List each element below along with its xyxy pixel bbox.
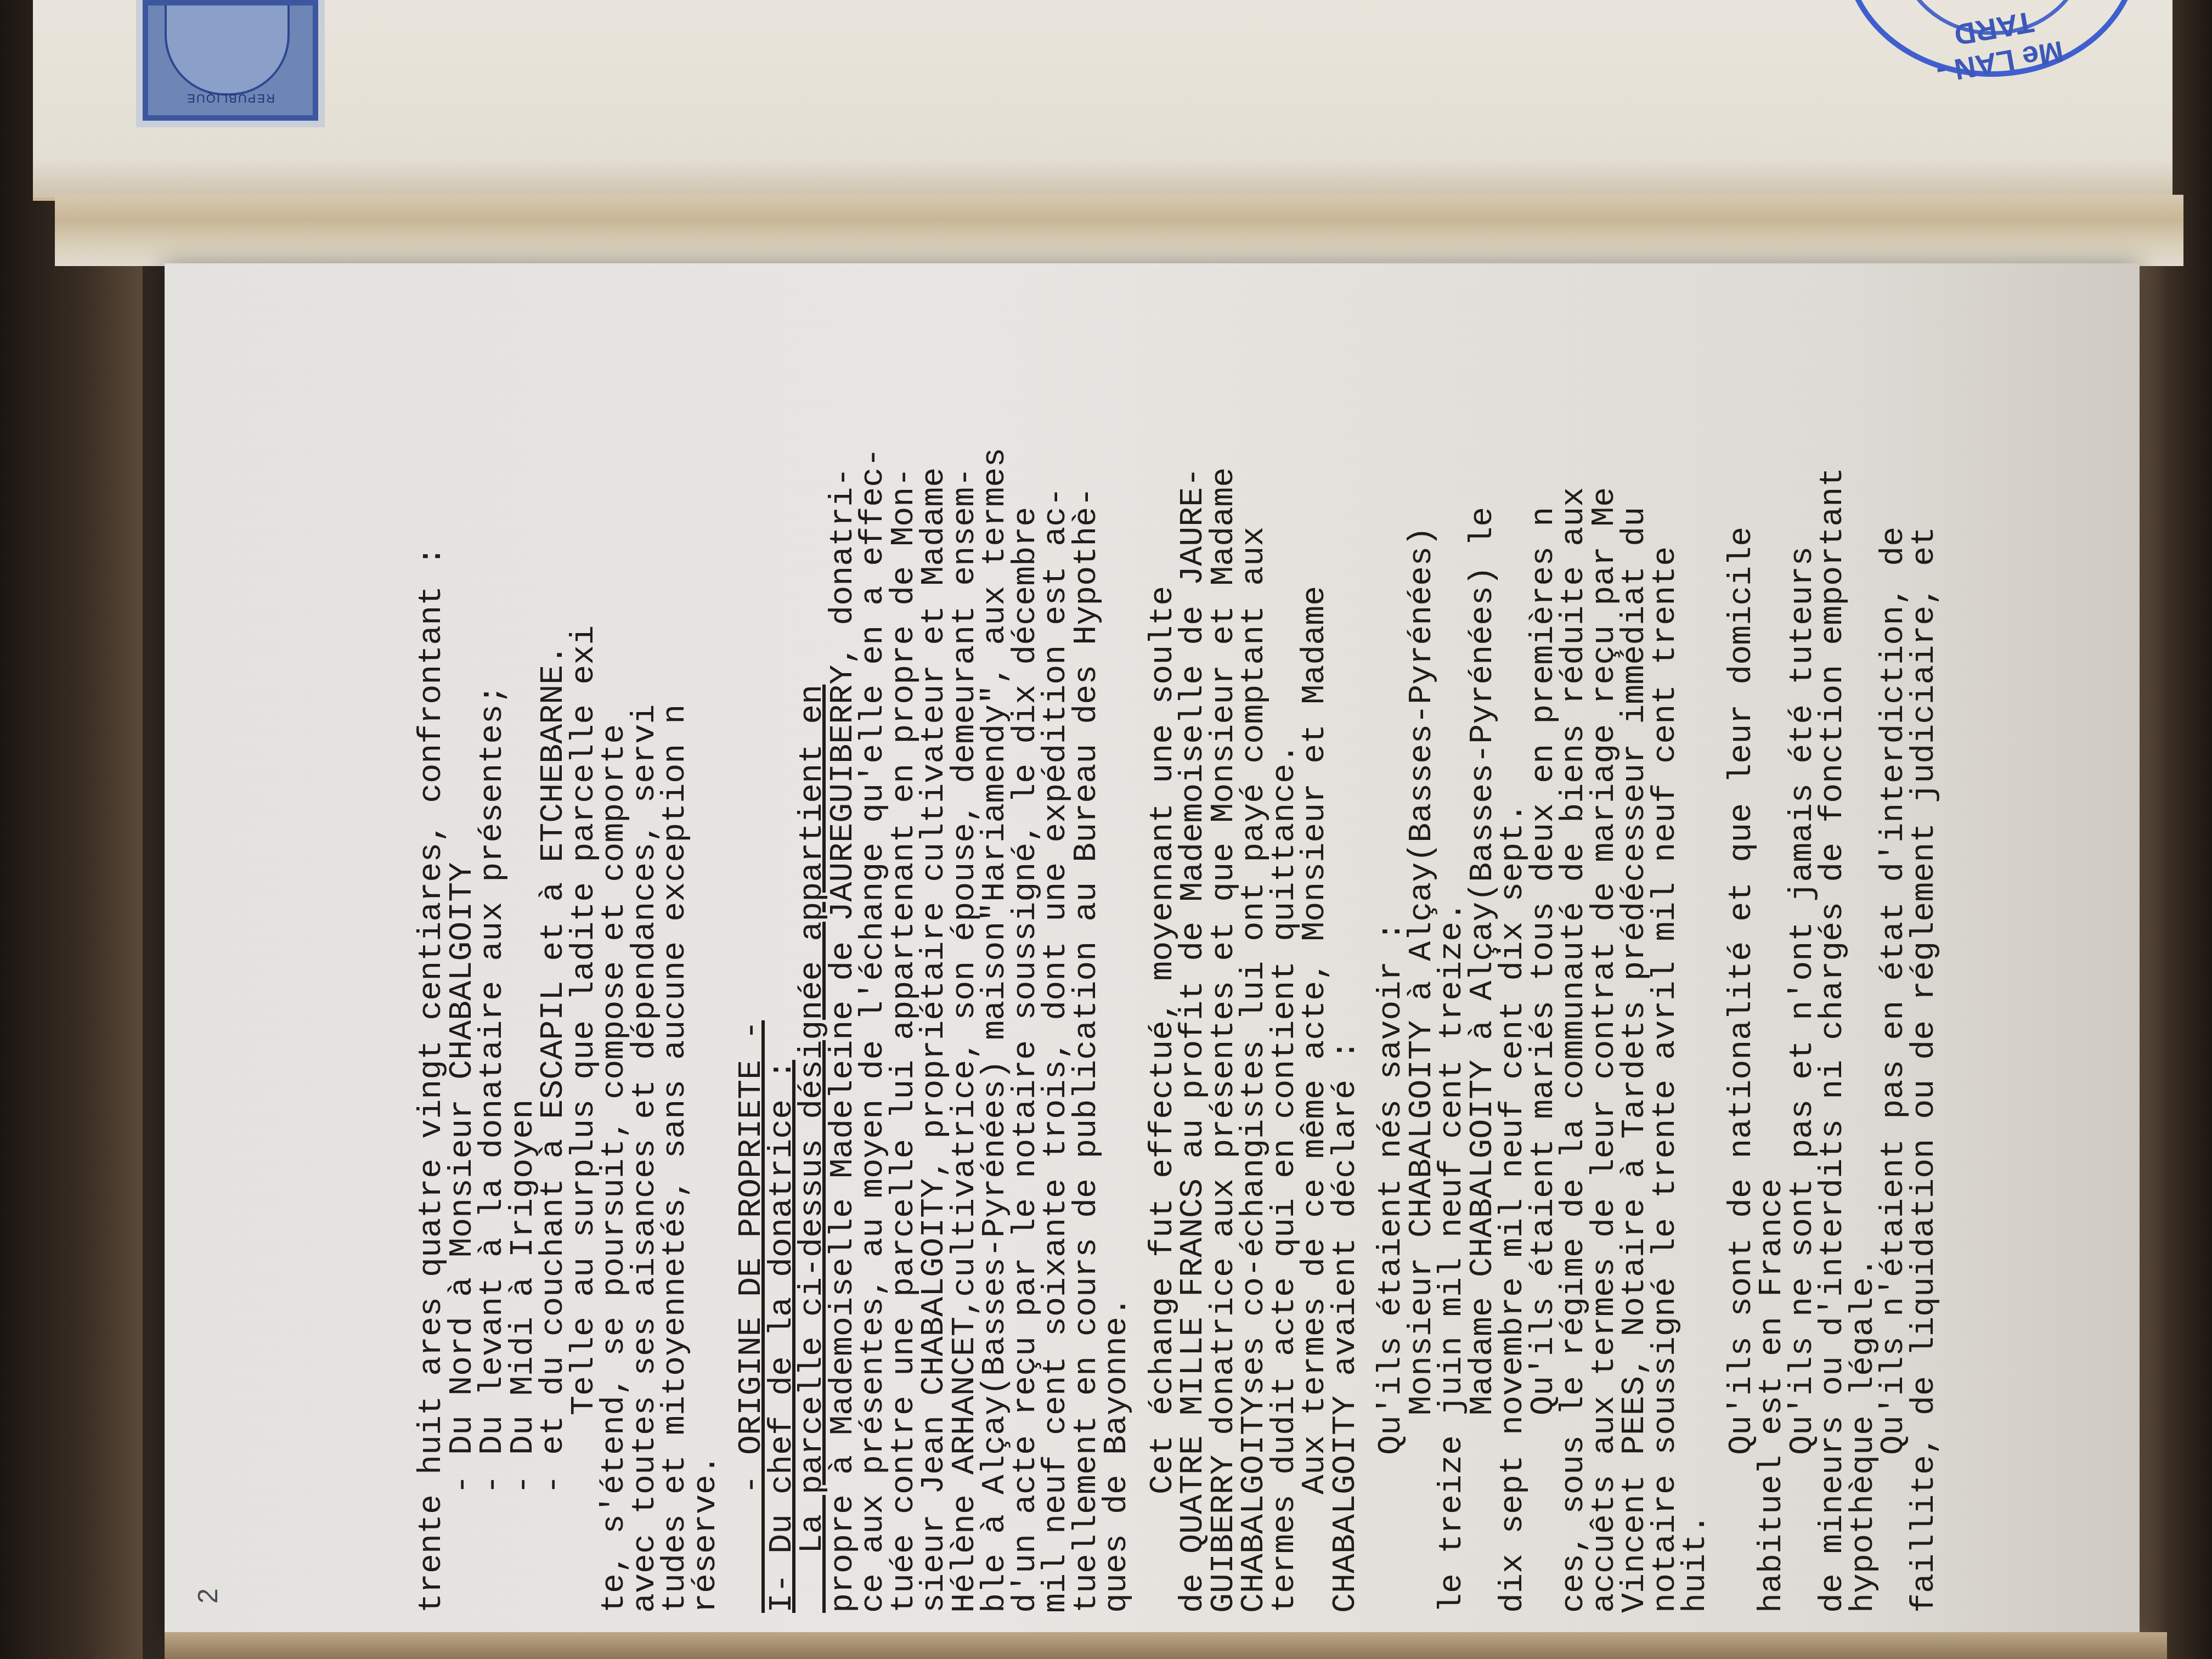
- text-line: I- Du chef de la donatrice :: [768, 285, 798, 1613]
- handwritten-page-number: 2: [192, 1588, 224, 1604]
- text-line: tudes et mitoyennetés, sans aucune excep…: [661, 285, 691, 1613]
- text-line: tuellement en cours de publication au Bu…: [1072, 285, 1103, 1613]
- text-line: termes dudit acte qui en contient quitta…: [1270, 285, 1301, 1613]
- text-line: Madame CHABALGOITY à Alçay(Basses-Pyréné…: [1468, 285, 1499, 1613]
- text-line: d'un acte reçu par le notaire soussigné,…: [1011, 285, 1042, 1613]
- text-line: Monsieur CHABALGOITY à Alçay(Basses-Pyré…: [1407, 285, 1438, 1613]
- text-line: Telle au surplus que ladite parcelle exi: [569, 285, 600, 1613]
- text-line: mil neuf cent soixante trois, dont une e…: [1041, 285, 1072, 1613]
- text-line: hypothèque légale.: [1849, 285, 1880, 1613]
- typewritten-text: trente huit ares quatre vingt centiares,…: [417, 285, 1940, 1613]
- text-line: - Du Midi à Irigoyen: [509, 285, 539, 1613]
- seal-separator: -: [1934, 55, 1949, 89]
- text-line: accuêts aux termes de leur contrat de ma…: [1590, 285, 1621, 1613]
- text-line: sieur Jean CHABALGOITY, propriétaire cul…: [919, 285, 950, 1613]
- text-line: GUIBERRY donatrice aux présentes et que …: [1209, 285, 1240, 1613]
- previous-page-edge: [33, 0, 2172, 201]
- text-line: - ORIGINE DE PROPRIETE -: [737, 285, 768, 1613]
- text-line: dix sept novembre mil neuf cent dix sept…: [1498, 285, 1529, 1613]
- text-line: Qu'ils étaient mariés tous deux en premi…: [1529, 285, 1560, 1613]
- text-line: te, s'étend, se poursuit, compose et com…: [600, 285, 630, 1613]
- text-line: Vincent PEES, Notaire à Tardets prédéces…: [1620, 285, 1651, 1613]
- text-line: le treize juin mil neuf cent treize.: [1437, 285, 1468, 1613]
- text-line: ques de Bayonne.: [1102, 285, 1133, 1613]
- text-line: Qu'ils ne sont pas et n'ont jamais été t…: [1788, 285, 1819, 1613]
- text-line: habituel est en France: [1757, 285, 1788, 1613]
- page-fold-crease: [55, 195, 2183, 266]
- text-line: Qu'ils n'étaient pas en état d'interdict…: [1879, 285, 1910, 1613]
- text-line: notaire soussigné le trente avril mil ne…: [1651, 285, 1681, 1613]
- text-line: Hélène ARHANCET,cultivatrice, son épouse…: [950, 285, 981, 1613]
- text-line: Qu'ils étaient nés savoir :: [1376, 285, 1407, 1613]
- text-line: La parcelle ci-dessus désignée appartien…: [798, 285, 828, 1613]
- text-line: de QUATRE MILLE FRANCS au profit de Made…: [1178, 285, 1209, 1613]
- stamp-text: REPUBLIQUE: [170, 91, 291, 105]
- text-line: ble à Alçay(Basses-Pyrénées) maison"Hari…: [980, 285, 1011, 1613]
- text-line: avec toutes ses aisances et dépendances,…: [630, 285, 661, 1613]
- text-line: Aux termes de ce même acte, Monsieur et …: [1300, 285, 1331, 1613]
- text-line: Qu'ils sont de nationalité et que leur d…: [1727, 285, 1758, 1613]
- text-line: tuée contre une parcelle lui appartenant…: [889, 285, 920, 1613]
- text-line: propre à Mademoiselle Madeleine de JAURE…: [828, 285, 859, 1613]
- text-line: CHABALGOITYses co-échangistes lui ont pa…: [1239, 285, 1270, 1613]
- text-line: faillite, de liquidation ou de réglement…: [1910, 285, 1940, 1613]
- text-line: trente huit ares quatre vingt centiares,…: [417, 285, 448, 1613]
- page-stack-edge: [165, 1632, 2167, 1659]
- text-line: - et du couchant à ESCAPIL et à ETCHEBAR…: [539, 285, 569, 1613]
- text-line: - Du Nord à Monsieur CHABALGOITY: [448, 285, 478, 1613]
- text-line: ces, sous le régime de la communauté de …: [1559, 285, 1590, 1613]
- text-line: de mineurs ou d'interdits ni chargés de …: [1818, 285, 1849, 1613]
- text-line: Cet échange fut effectué, moyennant une …: [1148, 285, 1179, 1613]
- postage-stamp: REPUBLIQUE: [143, 0, 318, 121]
- text-line: huit.: [1681, 285, 1712, 1613]
- text-line: - Du levant à la donataire aux présentes…: [478, 285, 509, 1613]
- text-line: CHABALGOITY avaient déclaré :: [1331, 285, 1362, 1613]
- stamp-portrait-icon: [165, 5, 290, 95]
- text-line: ce aux présentes, au moyen de l'échange …: [859, 285, 889, 1613]
- text-line: réserve.: [691, 285, 722, 1613]
